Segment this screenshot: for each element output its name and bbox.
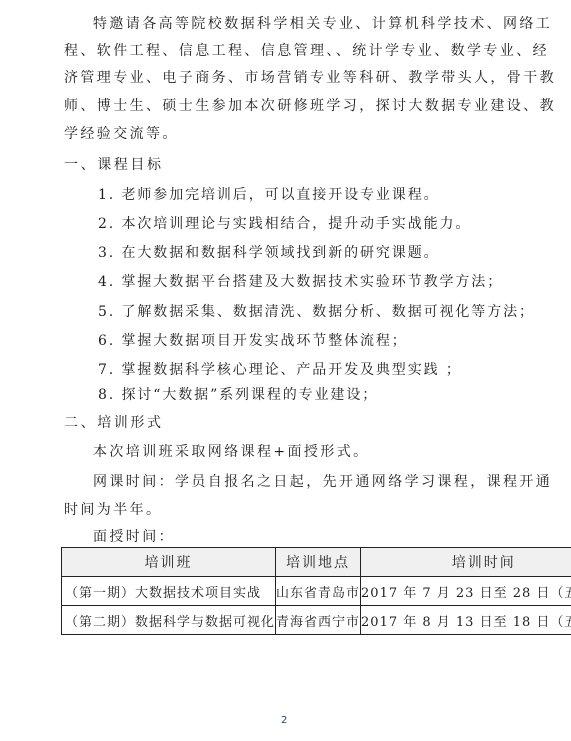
table-row: （第二期）数据科学与数据可视化 青海省西宁市 2017 年 8 月 13 日至 … [62, 606, 571, 635]
cell-time: 2017 年 7 月 23 日至 28 日（五天） [361, 577, 571, 606]
inperson-time-label: 面授时间： [93, 529, 175, 545]
section-heading-training-format: 二、培训形式 [64, 415, 164, 431]
cell-location: 山东省青岛市 [276, 577, 361, 606]
online-time-line-1: 网课时间：学员自报名之日起，先开通网络学习课程，课程开通 [93, 474, 552, 490]
goal-item-5: 5. 了解数据采集、数据清洗、数据分析、数据可视化等方法； [98, 304, 535, 320]
section-heading-course-goals: 一、课程目标 [64, 157, 164, 173]
cell-location: 青海省西宁市 [276, 606, 361, 635]
header-time: 培训时间 [361, 548, 571, 577]
goal-item-8: 8. 探讨“大数据”系列课程的专业建设； [98, 387, 378, 403]
goal-item-2: 2. 本次培训理论与实践相结合，提升动手实战能力。 [98, 216, 471, 232]
goal-item-1: 1. 老师参加完培训后，可以直接开设专业课程。 [98, 187, 440, 203]
page-number: 2 [281, 715, 287, 726]
header-location: 培训地点 [276, 548, 361, 577]
header-class: 培训班 [62, 548, 276, 577]
goal-item-3: 3. 在大数据和数据科学领域找到新的研究课题。 [98, 245, 440, 261]
cell-time: 2017 年 8 月 13 日至 18 日（五天） [361, 606, 571, 635]
goal-item-4: 4. 掌握大数据平台搭建及大数据技术实验环节教学方法； [98, 274, 503, 290]
table-header-row: 培训班 培训地点 培训时间 [62, 548, 571, 577]
intro-line-3: 济管理专业、电子商务、市场营销专业等科研、教学带头人，骨干教 [64, 70, 556, 86]
intro-line-4: 师、博士生、硕士生参加本次研修班学习，探讨大数据专业建设、教 [64, 98, 556, 114]
intro-line-1: 特邀请各高等院校数据科学相关专业、计算机科学技术、网络工 [93, 16, 552, 32]
cell-class: （第一期）大数据技术项目实战 [62, 577, 276, 606]
goal-item-7: 7. 掌握数据科学核心理论、产品开发及典型实践 ； [98, 362, 462, 378]
online-time-line-2: 时间为半年。 [64, 502, 162, 518]
table-row: （第一期）大数据技术项目实战 山东省青岛市 2017 年 7 月 23 日至 2… [62, 577, 571, 606]
schedule-table: 培训班 培训地点 培训时间 （第一期）大数据技术项目实战 山东省青岛市 2017… [61, 547, 571, 635]
cell-class: （第二期）数据科学与数据可视化 [62, 606, 276, 635]
goal-item-6: 6. 掌握大数据项目开发实战环节整体流程； [98, 333, 408, 349]
format-description: 本次培训班采取网络课程+面授形式。 [93, 444, 370, 460]
intro-line-5: 学经验交流等。 [64, 126, 179, 142]
intro-line-2: 程、软件工程、信息工程、信息管理、、统计学专业、数学专业、经 [64, 43, 549, 59]
